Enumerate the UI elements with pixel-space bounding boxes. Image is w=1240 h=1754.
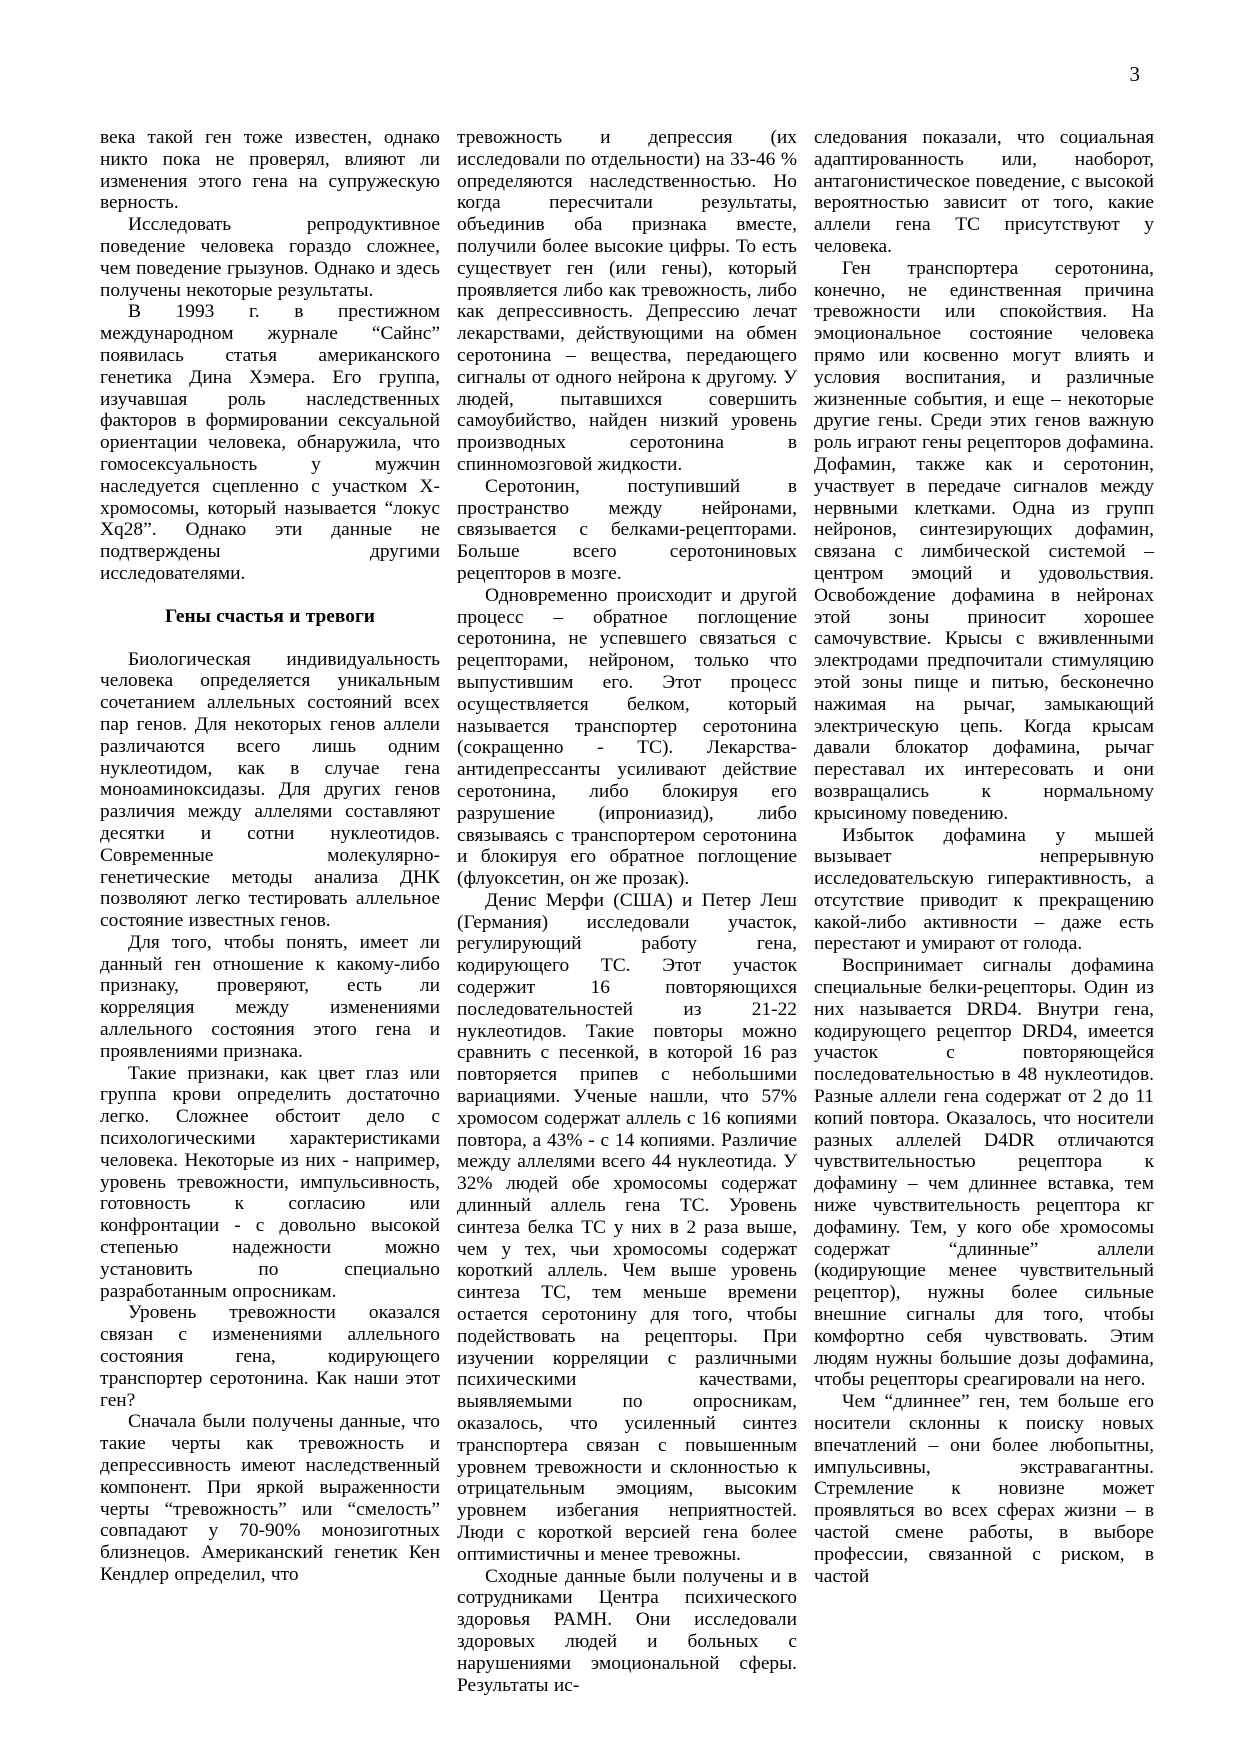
text-columns: века такой ген тоже известен, однако ник… [100, 127, 1154, 1696]
paragraph: Для того, чтобы понять, имеет ли данный … [100, 932, 440, 1063]
document-page: 3 века такой ген тоже известен, однако н… [0, 0, 1240, 1754]
column-3: следования показали, что социальная адап… [814, 127, 1154, 1696]
paragraph: Сходные данные были получены и в сотрудн… [457, 1566, 797, 1697]
paragraph: Биологическая индивидуальность человека … [100, 649, 440, 932]
page-number: 3 [1130, 62, 1141, 86]
paragraph: Сначала были получены данные, что такие … [100, 1411, 440, 1585]
paragraph: Воспринимает сигналы дофамина специальны… [814, 955, 1154, 1391]
paragraph: Ген транспортера серотонина, конечно, не… [814, 258, 1154, 825]
paragraph: Такие признаки, как цвет глаз или группа… [100, 1063, 440, 1303]
paragraph: века такой ген тоже известен, однако ник… [100, 127, 440, 214]
paragraph: Денис Мерфи (США) и Петер Леш (Германия)… [457, 890, 797, 1566]
paragraph: Серотонин, поступивший в пространство ме… [457, 476, 797, 585]
paragraph: Уровень тревожности оказался связан с из… [100, 1302, 440, 1411]
paragraph: В 1993 г. в престижном международном жур… [100, 301, 440, 584]
paragraph: следования показали, что социальная адап… [814, 127, 1154, 258]
paragraph: тревожность и депрессия (их исследовали … [457, 127, 797, 476]
paragraph: Исследовать репродуктивное поведение чел… [100, 214, 440, 301]
column-1: века такой ген тоже известен, однако ник… [100, 127, 440, 1696]
paragraph: Чем “длиннее” ген, тем больше его носите… [814, 1391, 1154, 1587]
column-2: тревожность и депрессия (их исследовали … [457, 127, 797, 1696]
paragraph: Одновременно происходит и другой процесс… [457, 585, 797, 890]
paragraph: Избыток дофамина у мышей вызывает непрер… [814, 825, 1154, 956]
section-heading: Гены счастья и тревоги [100, 606, 440, 628]
